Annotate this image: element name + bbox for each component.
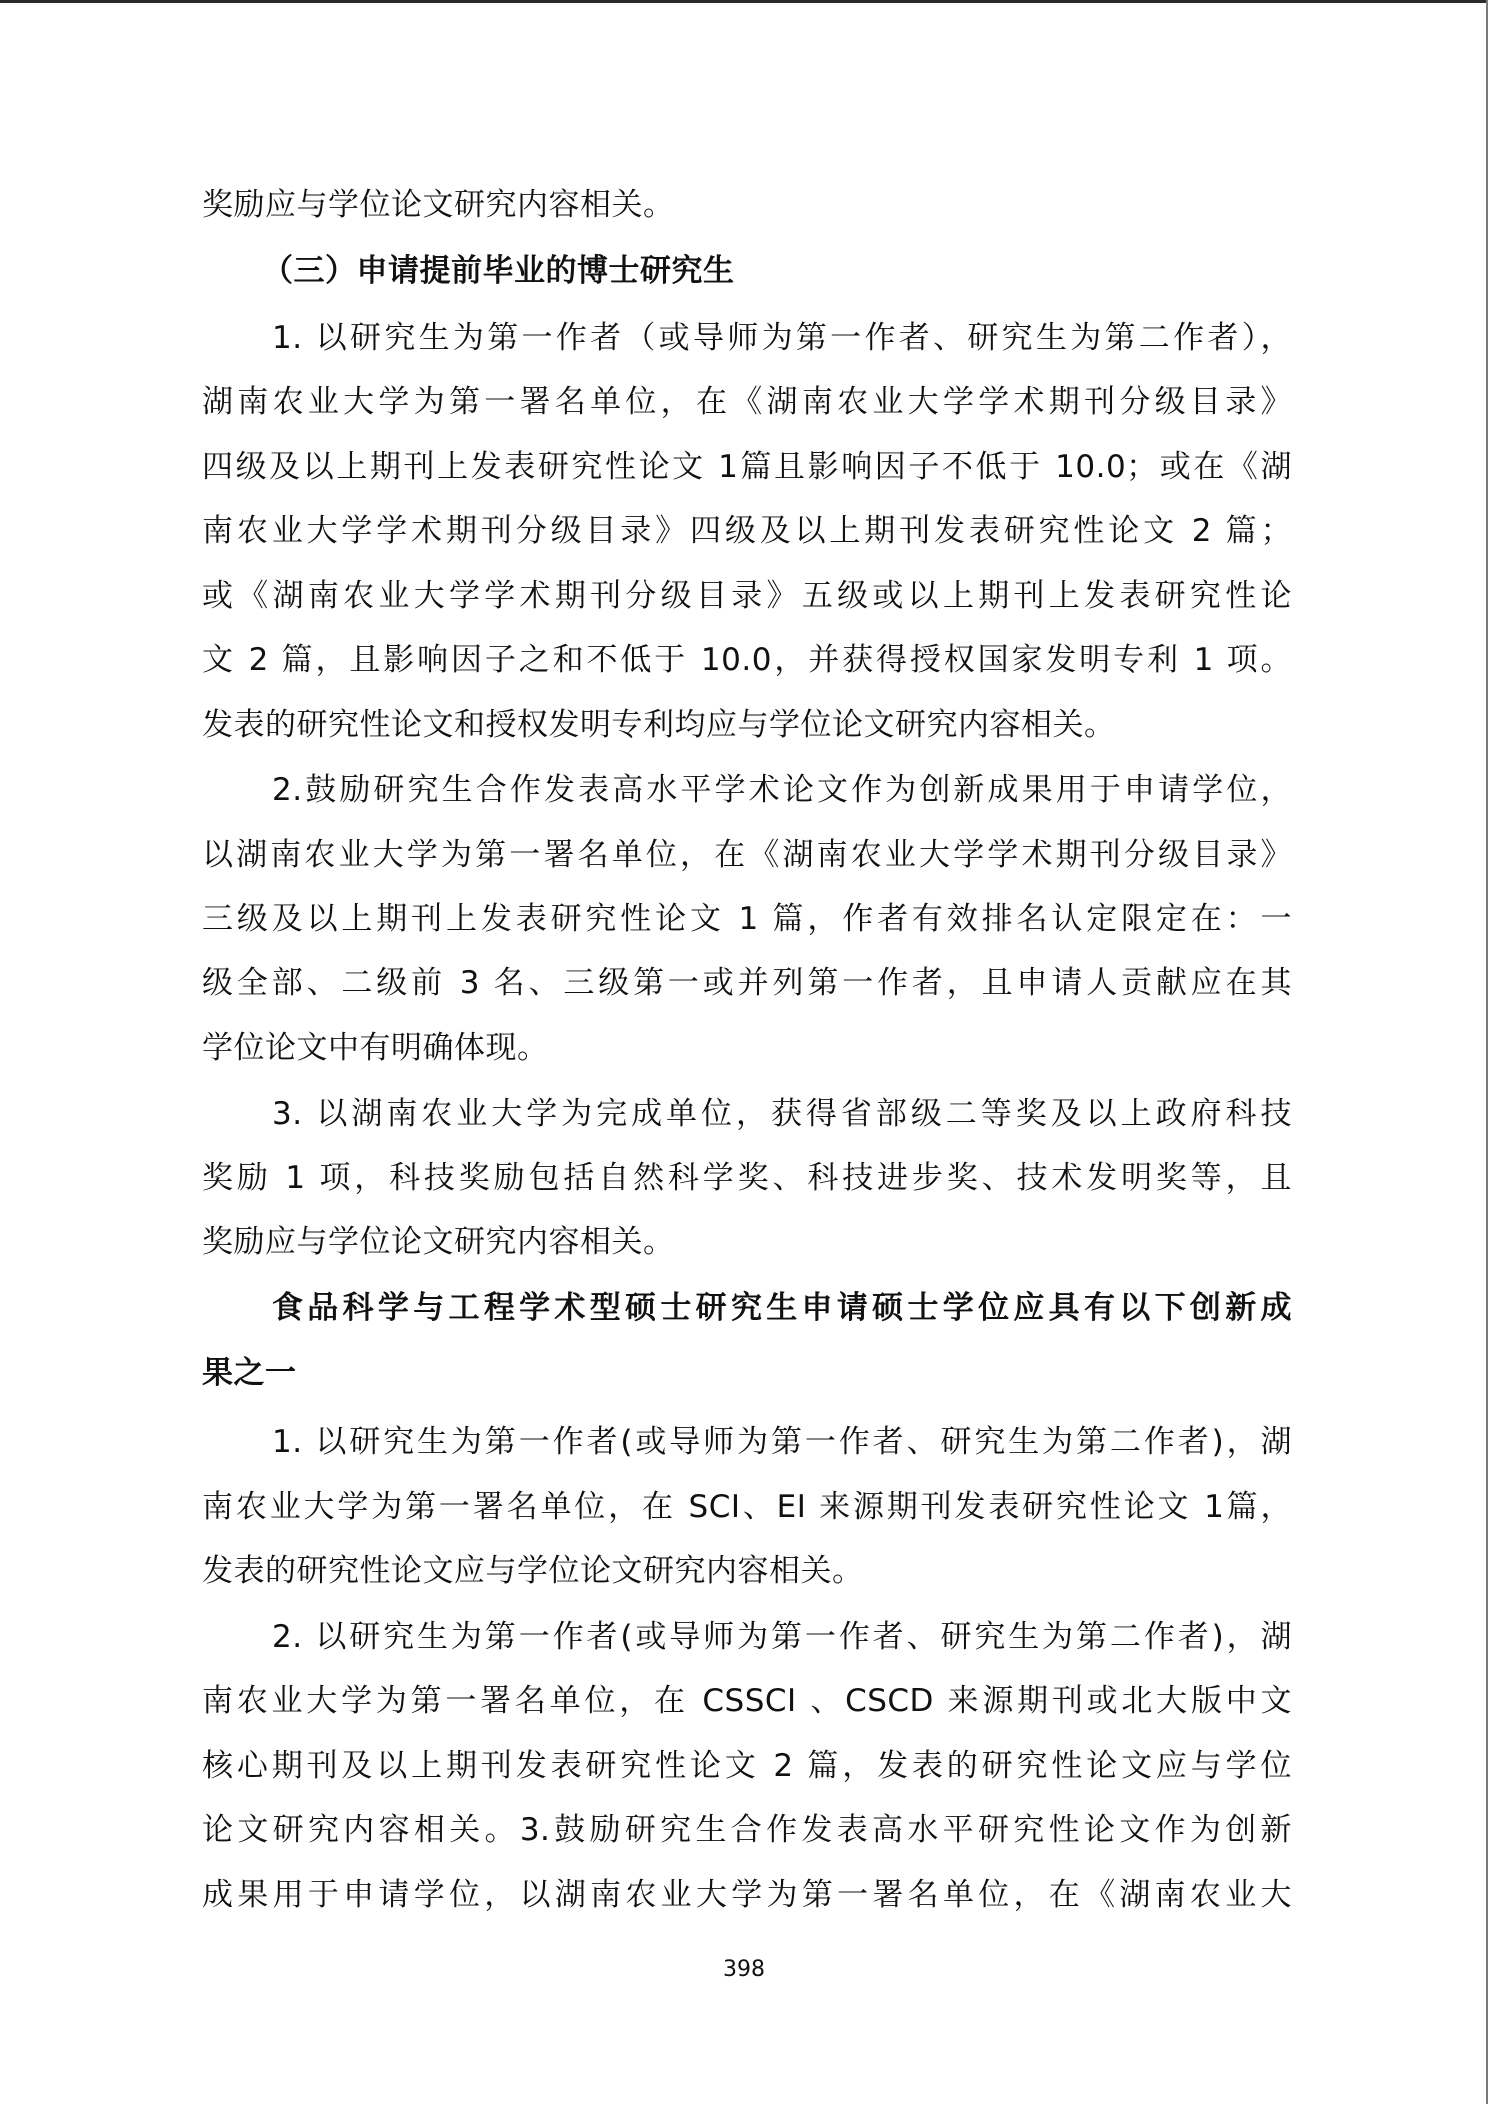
paragraph-line: 2. 以研究生为第一作者(或导师为第一作者、研究生为第二作者)，湖 xyxy=(272,1615,1292,1659)
paragraph-line: 湖南农业大学为第一署名单位，在《湖南农业大学学术期刊分级目录》 xyxy=(202,380,1292,424)
paragraph-line: 南农业大学为第一署名单位，在 SCI、EI 来源期刊发表研究性论文 1篇， xyxy=(202,1485,1292,1529)
paragraph-line: 级全部、二级前 3 名、三级第一或并列第一作者，且申请人贡献应在其 xyxy=(202,961,1292,1005)
page-number: 398 xyxy=(0,1956,1488,1984)
paragraph-line: 1. 以研究生为第一作者(或导师为第一作者、研究生为第二作者)，湖 xyxy=(272,1420,1292,1464)
paragraph-line: 四级及以上期刊上发表研究性论文 1篇且影响因子不低于 10.0；或在《湖 xyxy=(202,445,1292,489)
paragraph-line: 三级及以上期刊上发表研究性论文 1 篇，作者有效排名认定限定在：一 xyxy=(202,897,1292,941)
section-heading-continued: 果之一 xyxy=(202,1351,1292,1395)
document-page: 奖励应与学位论文研究内容相关。 （三）申请提前毕业的博士研究生 1. 以研究生为… xyxy=(0,0,1488,2104)
paragraph-line: 南农业大学为第一署名单位，在 CSSCI 、CSCD 来源期刊或北大版中文 xyxy=(202,1679,1292,1723)
section-heading: （三）申请提前毕业的博士研究生 xyxy=(262,249,1282,293)
paragraph-line: 论文研究内容相关。3.鼓励研究生合作发表高水平研究性论文作为创新 xyxy=(202,1808,1292,1852)
paragraph-line: 或《湖南农业大学学术期刊分级目录》五级或以上期刊上发表研究性论 xyxy=(202,574,1292,618)
paragraph-line: 学位论文中有明确体现。 xyxy=(202,1026,1292,1070)
paragraph-line: 文 2 篇，且影响因子之和不低于 10.0，并获得授权国家发明专利 1 项。 xyxy=(202,638,1292,682)
paragraph-line: 奖励 1 项，科技奖励包括自然科学奖、科技进步奖、技术发明奖等，且 xyxy=(202,1156,1292,1200)
paragraph-line: 奖励应与学位论文研究内容相关。 xyxy=(202,183,1292,227)
paragraph-line: 发表的研究性论文应与学位论文研究内容相关。 xyxy=(202,1549,1292,1593)
paragraph-line: 核心期刊及以上期刊发表研究性论文 2 篇，发表的研究性论文应与学位 xyxy=(202,1744,1292,1788)
section-heading: 食品科学与工程学术型硕士研究生申请硕士学位应具有以下创新成 xyxy=(272,1286,1292,1330)
paragraph-line: 2.鼓励研究生合作发表高水平学术论文作为创新成果用于申请学位， xyxy=(272,768,1292,812)
paragraph-line: 成果用于申请学位，以湖南农业大学为第一署名单位，在《湖南农业大 xyxy=(202,1873,1292,1917)
paragraph-line: 1. 以研究生为第一作者（或导师为第一作者、研究生为第二作者）， xyxy=(272,316,1292,360)
paragraph-line: 奖励应与学位论文研究内容相关。 xyxy=(202,1220,1292,1264)
paragraph-line: 以湖南农业大学为第一署名单位，在《湖南农业大学学术期刊分级目录》 xyxy=(202,833,1292,877)
paragraph-line: 南农业大学学术期刊分级目录》四级及以上期刊发表研究性论文 2 篇； xyxy=(202,509,1292,553)
paragraph-line: 3. 以湖南农业大学为完成单位，获得省部级二等奖及以上政府科技 xyxy=(272,1092,1292,1136)
paragraph-line: 发表的研究性论文和授权发明专利均应与学位论文研究内容相关。 xyxy=(202,703,1292,747)
